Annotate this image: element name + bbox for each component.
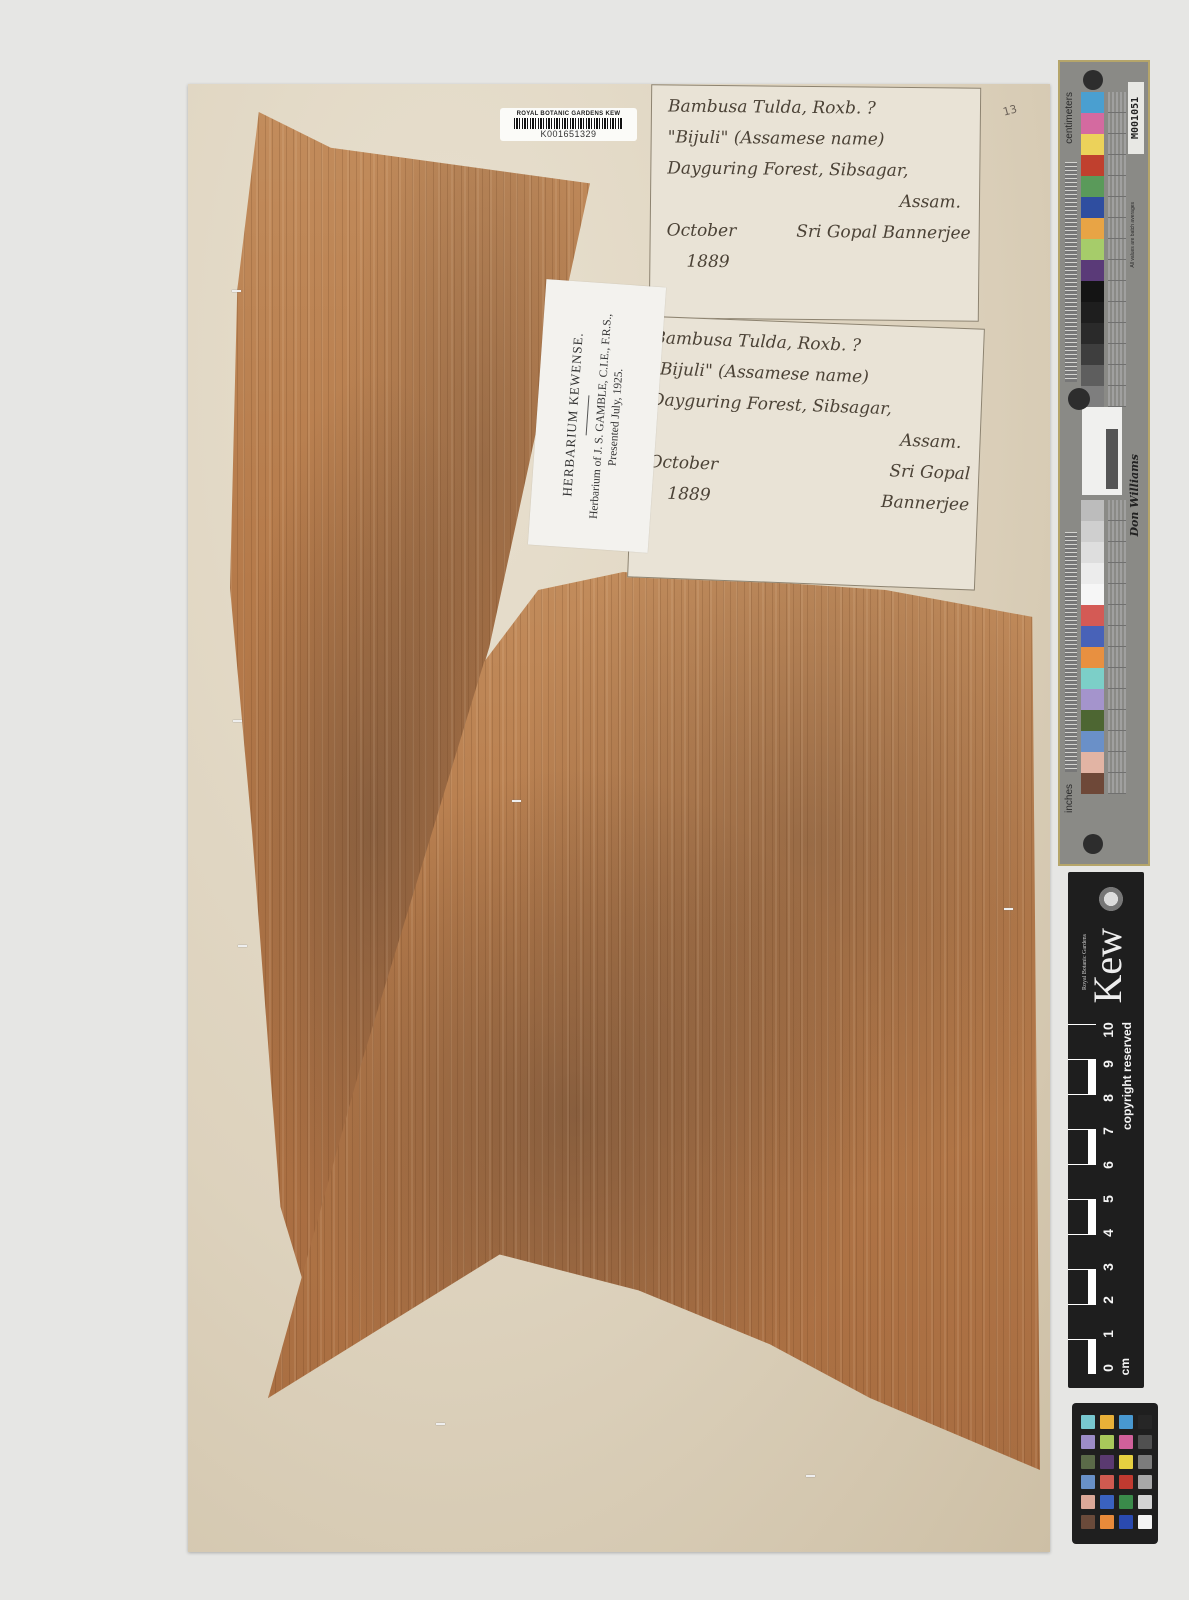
color-patch xyxy=(1081,752,1104,773)
density-value-cell xyxy=(1108,710,1126,731)
color-patch xyxy=(1081,584,1104,605)
color-patch xyxy=(1081,626,1104,647)
color-patch xyxy=(1081,113,1104,134)
color-patch xyxy=(1081,197,1104,218)
staple xyxy=(436,1423,445,1425)
color-calibration-ruler: centimeters M001051 All values are batch… xyxy=(1058,60,1150,866)
checker-swatch xyxy=(1119,1435,1133,1449)
color-checker-card xyxy=(1072,1403,1158,1544)
taxon-name: Bambusa Tulda, Roxb. ? xyxy=(668,91,972,125)
color-patch xyxy=(1081,521,1104,542)
checker-swatch xyxy=(1138,1475,1152,1489)
scale-number: 1 xyxy=(1100,1330,1116,1338)
density-value-cell xyxy=(1108,365,1126,386)
density-value-cell xyxy=(1108,542,1126,563)
barcode-number: K001651329 xyxy=(500,129,637,139)
staple xyxy=(1004,908,1013,910)
unit-label-bottom: inches xyxy=(1064,784,1075,813)
color-patch xyxy=(1081,323,1104,344)
color-patch xyxy=(1081,542,1104,563)
density-value-cell xyxy=(1108,323,1126,344)
checker-swatch xyxy=(1100,1475,1114,1489)
checker-swatch xyxy=(1100,1455,1114,1469)
checker-swatch xyxy=(1081,1495,1095,1509)
cm-scale-bars xyxy=(1068,1024,1096,1374)
density-value-cell xyxy=(1108,176,1126,197)
checker-swatch xyxy=(1138,1515,1152,1529)
density-value-cell xyxy=(1108,584,1126,605)
color-patch xyxy=(1081,134,1104,155)
color-patch xyxy=(1081,605,1104,626)
color-patch xyxy=(1081,647,1104,668)
scale-bar-segment xyxy=(1068,1234,1096,1269)
density-value-cell xyxy=(1108,344,1126,365)
color-patch xyxy=(1081,500,1104,521)
checker-swatch xyxy=(1119,1475,1133,1489)
cm-scale-numbers: 012345678910 xyxy=(1099,1022,1117,1376)
density-value-cell xyxy=(1108,218,1126,239)
scale-bar-segment xyxy=(1068,1199,1088,1234)
scale-bar-segment xyxy=(1068,1059,1088,1094)
color-patch xyxy=(1081,689,1104,710)
density-value-cell xyxy=(1108,668,1126,689)
collection-year: 1889 xyxy=(647,478,711,511)
color-patch xyxy=(1081,563,1104,584)
density-values-top xyxy=(1108,92,1126,407)
scale-bar-segment xyxy=(1068,1269,1088,1304)
density-value-cell xyxy=(1108,500,1126,521)
collection-month: October xyxy=(667,215,737,247)
scale-number: 4 xyxy=(1100,1229,1116,1237)
color-patch xyxy=(1081,92,1104,113)
checker-swatch xyxy=(1100,1415,1114,1429)
checker-swatch xyxy=(1119,1515,1133,1529)
collector-last-name: Bannerjee xyxy=(880,487,969,521)
checker-swatch xyxy=(1100,1495,1114,1509)
scale-number: 2 xyxy=(1100,1296,1116,1304)
scale-number: 8 xyxy=(1100,1094,1116,1102)
color-patch xyxy=(1081,281,1104,302)
centimeter-scale xyxy=(1065,162,1077,382)
density-value-cell xyxy=(1108,281,1126,302)
density-value-cell xyxy=(1108,689,1126,710)
herbarium-kewense-label: HERBARIUM KEWENSE. Herbarium of J. S. GA… xyxy=(528,279,666,553)
color-patch xyxy=(1081,731,1104,752)
kew-crest-icon xyxy=(1098,884,1124,914)
scale-bar-segment xyxy=(1068,1129,1088,1164)
herbarium-title: HERBARIUM KEWENSE. xyxy=(556,281,591,547)
institution-name: ROYAL BOTANIC GARDENS KEW xyxy=(500,111,637,117)
scale-bar-segment xyxy=(1068,1024,1096,1059)
region: Assam. xyxy=(667,184,971,218)
checker-swatch xyxy=(1119,1455,1133,1469)
scale-number: 5 xyxy=(1100,1195,1116,1203)
scale-number: 6 xyxy=(1100,1161,1116,1169)
collection-month: October xyxy=(648,447,719,481)
inch-scale xyxy=(1065,532,1077,772)
hanging-hole-icon xyxy=(1083,70,1103,90)
staple xyxy=(512,800,521,802)
density-value-cell xyxy=(1108,302,1126,323)
scale-number: 9 xyxy=(1100,1060,1116,1068)
checker-swatch xyxy=(1119,1495,1133,1509)
color-patches-top xyxy=(1081,92,1104,407)
density-value-cell xyxy=(1108,155,1126,176)
checker-swatch xyxy=(1138,1455,1152,1469)
color-patch xyxy=(1081,302,1104,323)
density-value-cell xyxy=(1108,752,1126,773)
resolution-target xyxy=(1082,407,1122,495)
barcode-label: ROYAL BOTANIC GARDENS KEW K001651329 xyxy=(500,108,637,141)
checker-swatch xyxy=(1138,1435,1152,1449)
scale-number: 7 xyxy=(1100,1127,1116,1135)
color-patch xyxy=(1081,239,1104,260)
staple xyxy=(232,290,241,292)
color-patches-bottom xyxy=(1081,500,1104,794)
checker-swatch xyxy=(1081,1415,1095,1429)
density-value-cell xyxy=(1108,260,1126,281)
checker-swatch xyxy=(1100,1435,1114,1449)
checker-swatch xyxy=(1081,1435,1095,1449)
density-value-cell xyxy=(1108,773,1126,794)
collector-first-name: Sri Gopal xyxy=(889,456,971,490)
checker-swatch xyxy=(1081,1455,1095,1469)
collector-name: Sri Gopal Bannerjee xyxy=(796,217,971,250)
density-value-cell xyxy=(1108,731,1126,752)
scale-number: 10 xyxy=(1100,1022,1116,1038)
checker-swatch xyxy=(1138,1415,1152,1429)
density-value-cell xyxy=(1108,626,1126,647)
density-value-cell xyxy=(1108,647,1126,668)
density-value-cell xyxy=(1108,92,1126,113)
kew-scale-bar: Royal Botanic Gardens Kew 012345678910 c… xyxy=(1068,872,1144,1388)
barcode-icon xyxy=(514,118,623,129)
hanging-hole-icon xyxy=(1083,834,1103,854)
checker-swatch xyxy=(1119,1415,1133,1429)
handwritten-label-bottom: Bambusa Tulda, Roxb. ? "Bijuli" (Assames… xyxy=(627,315,985,590)
density-values-bottom xyxy=(1108,500,1126,794)
staple xyxy=(238,945,247,947)
scale-bar-segment xyxy=(1068,1339,1088,1374)
vernacular-name: "Bijuli" (Assamese name) xyxy=(668,122,972,156)
scale-unit: cm xyxy=(1118,1358,1132,1375)
handwritten-label-top: Bambusa Tulda, Roxb. ? "Bijuli" (Assames… xyxy=(649,84,981,321)
checker-swatch xyxy=(1081,1475,1095,1489)
color-patch xyxy=(1081,710,1104,731)
staple xyxy=(806,1475,815,1477)
color-patch xyxy=(1081,218,1104,239)
unit-label-top: centimeters xyxy=(1064,92,1075,144)
color-patch xyxy=(1081,260,1104,281)
scale-number: 0 xyxy=(1100,1364,1116,1372)
scale-bar-segment xyxy=(1068,1164,1096,1199)
copyright-notice: copyright reserved xyxy=(1120,1022,1134,1130)
density-value-cell xyxy=(1108,605,1126,626)
density-value-cell xyxy=(1108,563,1126,584)
ruler-hole-icon xyxy=(1068,388,1090,410)
density-value-cell xyxy=(1108,521,1126,542)
checker-swatch xyxy=(1081,1515,1095,1529)
checker-swatch xyxy=(1138,1495,1152,1509)
kew-logo: Kew xyxy=(1088,928,1128,1004)
staple xyxy=(233,720,242,722)
color-patch xyxy=(1081,155,1104,176)
density-value-cell xyxy=(1108,386,1126,407)
scale-bar-segment xyxy=(1068,1304,1096,1339)
locality: Dayguring Forest, Sibsagar, xyxy=(667,153,971,187)
checker-swatch xyxy=(1100,1515,1114,1529)
density-value-cell xyxy=(1108,113,1126,134)
collection-year: 1889 xyxy=(666,246,970,280)
color-patch xyxy=(1081,176,1104,197)
scale-bar-segment xyxy=(1068,1094,1096,1129)
density-value-cell xyxy=(1108,197,1126,218)
ruler-id: M001051 xyxy=(1128,82,1144,154)
scale-number: 3 xyxy=(1100,1263,1116,1271)
ruler-brand: Don Williams xyxy=(1128,454,1141,537)
color-patch xyxy=(1081,344,1104,365)
color-patch xyxy=(1081,773,1104,794)
density-value-cell xyxy=(1108,239,1126,260)
density-value-cell xyxy=(1108,134,1126,155)
color-patch xyxy=(1081,365,1104,386)
ruler-note: All values are batch averages xyxy=(1130,202,1136,268)
divider xyxy=(586,395,590,435)
color-patch xyxy=(1081,668,1104,689)
